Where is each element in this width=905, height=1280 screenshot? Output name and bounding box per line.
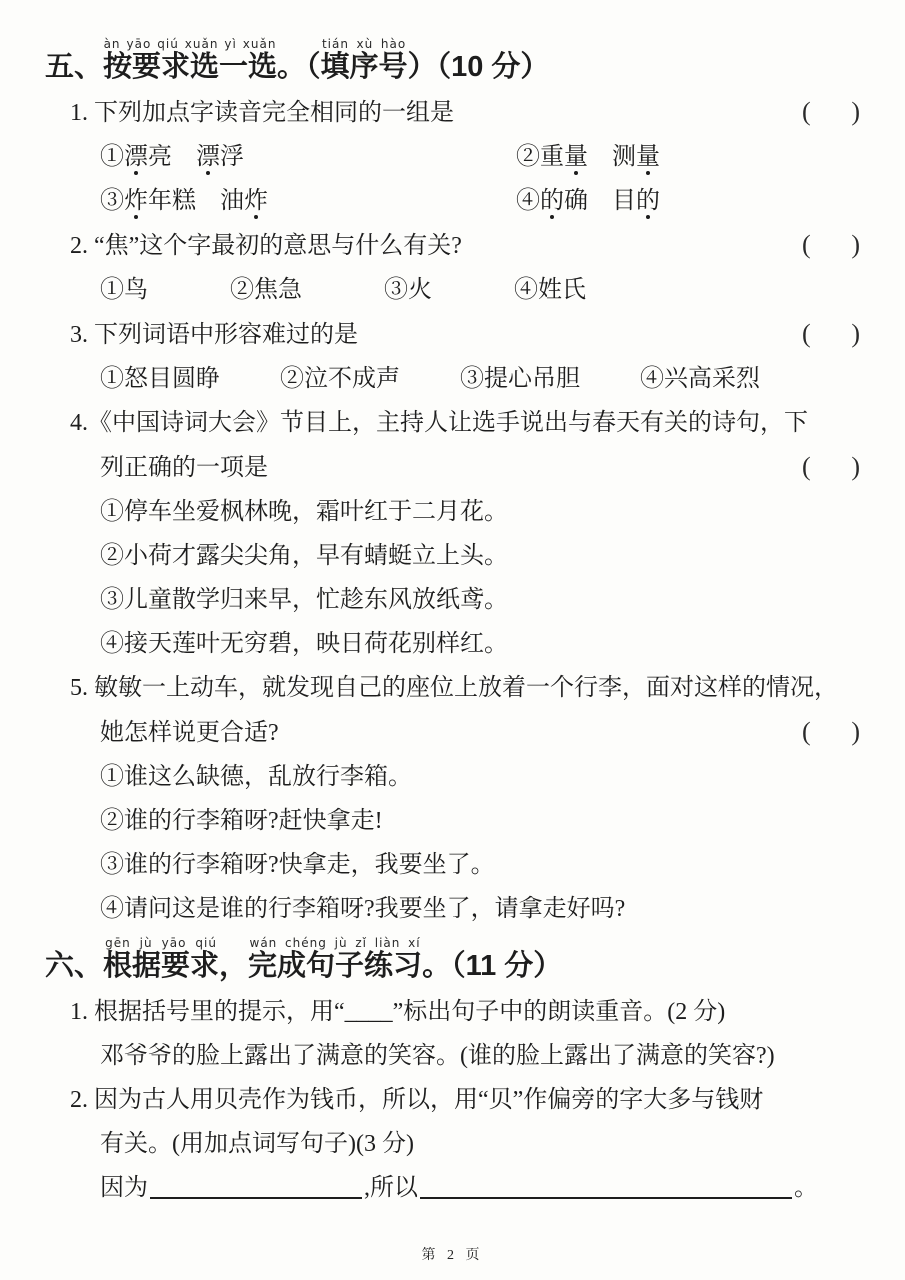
option-item: ④兴高采烈 [640, 357, 760, 401]
answer-parentheses: () [802, 710, 860, 754]
option-item: ④接天莲叶无穷碧，映日荷花别样红。 [45, 622, 860, 666]
dotted-char: 的 [540, 188, 564, 214]
paren-open: ( [802, 312, 811, 356]
option-text: 亮 [148, 144, 196, 170]
question-5-1-prompt: 1. 下列加点字读音完全相同的一组是 () [45, 90, 860, 135]
question-5-4-prompt-line2: 列正确的一项是 () [45, 445, 860, 490]
question-5-5-prompt-line2: 她怎样说更合适? () [45, 710, 860, 755]
fill-suffix: 。 [794, 1175, 818, 1201]
dotted-char: 炸 [124, 188, 148, 214]
paren-close: ) [851, 710, 860, 754]
option-item: ②小荷才露尖尖角，早有蜻蜓立上头。 [45, 534, 860, 578]
option-text: 浮 [220, 144, 244, 170]
question-text: 列正确的一项是 [100, 446, 268, 490]
question-6-2-prompt-line2: 有关。(用加点词写句子)(3 分) [45, 1122, 860, 1166]
question-5-3-options: ①怒目圆睁 ②泣不成声 ③提心吊胆 ④兴高采烈 [45, 357, 860, 401]
question-6-2-prompt-line1: 2. 因为古人用贝壳作为钱币，所以，用“贝”作偏旁的字大多与钱财 [45, 1078, 860, 1122]
option-text: ① [100, 144, 124, 170]
page-number: 第 2 页 [0, 1244, 905, 1264]
paren-close: ) [851, 90, 860, 134]
section-6-header: 六、根据要求gēn jù yāo qiú，完成句子练习wán chéng jù … [45, 937, 860, 981]
section-6-number: 六、 [45, 950, 103, 982]
option-item: ①漂亮 漂浮 [100, 135, 516, 179]
section-5-title-ruby: 按要求选一选àn yāo qiú xuǎn yì xuǎn [103, 51, 277, 83]
section-6-title-text: 根据要求 [103, 950, 219, 982]
question-6-1-sentence: 邓爷爷的脸上露出了满意的笑容。(谁的脸上露出了满意的笑容?) [45, 1034, 860, 1078]
option-text: ②重 [516, 144, 564, 170]
question-6-1-prompt: 1. 根据括号里的提示，用“____”标出句子中的朗读重音。(2 分) [45, 990, 860, 1034]
option-item: ④姓氏 [514, 268, 586, 312]
paren-open: ( [802, 445, 811, 489]
question-5-2-options: ①鸟 ②焦急 ③火 ④姓氏 [45, 268, 860, 312]
section-5-subtitle-text: 填序号 [321, 51, 408, 83]
dotted-char: 的 [636, 188, 660, 214]
question-5-3-prompt: 3. 下列词语中形容难过的是 () [45, 312, 860, 357]
dotted-char: 漂 [196, 144, 220, 170]
section-5-title-text: 按要求选一选 [103, 51, 277, 83]
section-6-title-mid: ， [219, 950, 248, 982]
question-5-2-prompt: 2. “焦”这个字最初的意思与什么有关? () [45, 223, 860, 268]
option-item: ④的确 目的 [516, 179, 860, 223]
section-5-points: ）（10 分） [408, 51, 550, 83]
section-5-title-mid: 。（ [277, 51, 321, 83]
fill-blank-1 [150, 1193, 362, 1199]
question-5-1-options: ①漂亮 漂浮 ②重量 测量 ③炸年糕 油炸 ④的确 目的 [45, 135, 860, 223]
paren-open: ( [802, 223, 811, 267]
option-item: ②焦急 [230, 268, 302, 312]
paren-close: ) [851, 312, 860, 356]
option-item: ②谁的行李箱呀?赶快拿走! [45, 799, 860, 843]
option-item: ③谁的行李箱呀?快拿走，我要坐了。 [45, 843, 860, 887]
dotted-char: 量 [636, 144, 660, 170]
question-text: 她怎样说更合适? [100, 711, 279, 755]
question-text: 2. “焦”这个字最初的意思与什么有关? [70, 224, 462, 268]
dotted-char: 量 [564, 144, 588, 170]
option-text: 确 目 [564, 188, 636, 214]
option-item: ①怒目圆睁 [100, 357, 220, 401]
answer-parentheses: () [802, 90, 860, 134]
question-text: 3. 下列词语中形容难过的是 [70, 313, 358, 357]
paren-close: ) [851, 223, 860, 267]
option-item: ①停车坐爱枫林晚，霜叶红于二月花。 [45, 490, 860, 534]
section-5-header: 五、按要求选一选àn yāo qiú xuǎn yì xuǎn。（填序号tián… [45, 38, 860, 82]
pinyin-annotation: tián xù hào [321, 37, 408, 51]
answer-parentheses: () [802, 445, 860, 489]
dotted-char: 炸 [244, 188, 268, 214]
option-text: ④ [516, 188, 540, 214]
option-item: ③提心吊胆 [460, 357, 580, 401]
section-5-number: 五、 [45, 51, 103, 83]
section-6-points: 。（11 分） [422, 950, 562, 982]
option-item: ③儿童散学归来早，忙趁东风放纸鸢。 [45, 578, 860, 622]
pinyin-annotation: àn yāo qiú xuǎn yì xuǎn [103, 37, 277, 51]
question-5-5-prompt-line1: 5. 敏敏一上动车，就发现自己的座位上放着一个行李，面对这样的情况， [45, 666, 860, 710]
option-text: ③ [100, 188, 124, 214]
option-item: ②泣不成声 [280, 357, 400, 401]
section-6-subtitle-ruby: 完成句子练习wán chéng jù zǐ liàn xí [248, 950, 422, 982]
fill-middle: ,所以 [364, 1175, 418, 1201]
option-item: ④请问这是谁的行李箱呀?我要坐了，请拿走好吗? [45, 887, 860, 931]
paren-open: ( [802, 710, 811, 754]
option-text: 年糕 油 [148, 188, 244, 214]
option-item: ①鸟 [100, 268, 148, 312]
test-paper-page: 五、按要求选一选àn yāo qiú xuǎn yì xuǎn。（填序号tián… [0, 0, 905, 1280]
option-item: ②重量 测量 [516, 135, 860, 179]
question-text: 1. 下列加点字读音完全相同的一组是 [70, 91, 454, 135]
pinyin-annotation: gēn jù yāo qiú [103, 936, 219, 950]
question-5-4-prompt-line1: 4.《中国诗词大会》节目上，主持人让选手说出与春天有关的诗句，下 [45, 401, 860, 445]
paren-open: ( [802, 90, 811, 134]
dotted-char: 漂 [124, 144, 148, 170]
section-6-subtitle-text: 完成句子练习 [248, 950, 422, 982]
answer-parentheses: () [802, 312, 860, 356]
fill-blank-2 [420, 1193, 792, 1199]
pinyin-annotation: wán chéng jù zǐ liàn xí [248, 936, 422, 950]
answer-parentheses: () [802, 223, 860, 267]
section-5-subtitle-ruby: 填序号tián xù hào [321, 51, 408, 83]
option-text: 测 [588, 144, 636, 170]
option-item: ①谁这么缺德，乱放行李箱。 [45, 755, 860, 799]
paren-close: ) [851, 445, 860, 489]
option-item: ③炸年糕 油炸 [100, 179, 516, 223]
section-6-title-ruby: 根据要求gēn jù yāo qiú [103, 950, 219, 982]
fill-prefix: 因为 [100, 1175, 148, 1201]
question-6-2-fill-line: 因为,所以。 [45, 1166, 860, 1210]
option-item: ③火 [384, 268, 432, 312]
